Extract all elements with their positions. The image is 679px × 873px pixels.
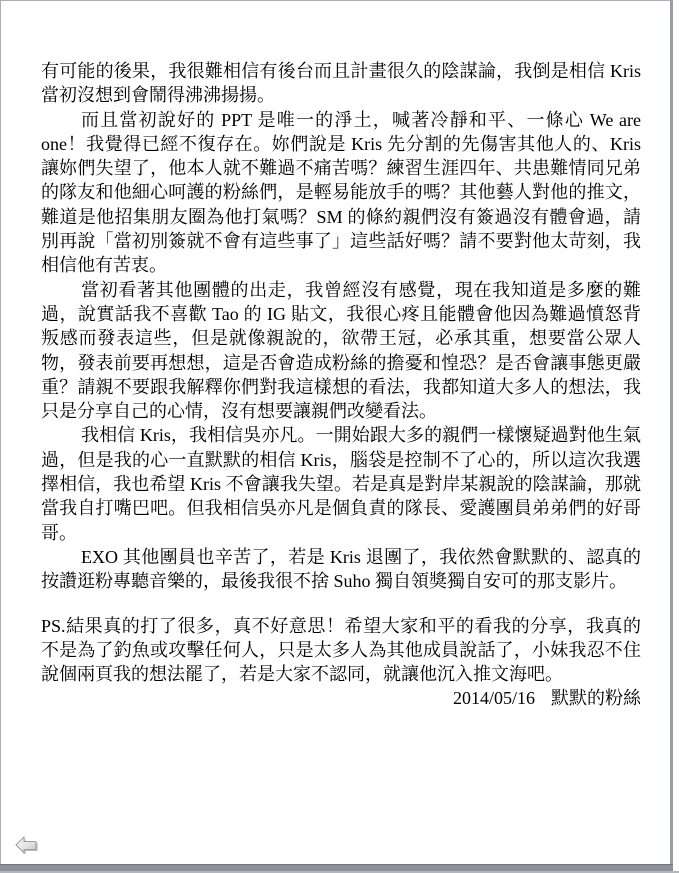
paragraph-1: 有可能的後果，我很難相信有後台而且計畫很久的陰謀論，我倒是相信 Kris 當初沒… [41, 59, 641, 108]
paragraph-3: 當初看著其他團體的出走，我曾經沒有感覺，現在我知道是多麼的難過，說實話我不喜歡 … [41, 278, 641, 424]
paragraph-2: 而且當初說好的 PPT 是唯一的淨土，喊著冷靜和平、一條心 We are one… [41, 108, 641, 278]
signature-text: 默默的粉絲 [551, 688, 641, 708]
document-content: 有可能的後果，我很難相信有後台而且計畫很久的陰謀論，我倒是相信 Kris 當初沒… [1, 1, 674, 711]
paragraph-4: 我相信 Kris，我相信吳亦凡。一開始跟大多的親們一樣懷疑過對他生氣過，但是我的… [41, 423, 641, 544]
document-page: 有可能的後果，我很難相信有後台而且計畫很久的陰謀論，我倒是相信 Kris 當初沒… [0, 0, 673, 864]
page-right-edge [670, 0, 673, 864]
paragraph-5: EXO 其他團員也辛苦了，若是 Kris 退團了，我依然會默默的、認真的按讚逛粉… [41, 545, 641, 594]
signature-line: 2014/05/16默默的粉絲 [41, 686, 641, 710]
postscript-paragraph: PS.結果真的打了很多，真不好意思！希望大家和平的看我的分享，我真的不是為了釣魚… [41, 614, 641, 687]
back-arrow-icon [13, 834, 39, 858]
page-bottom-shadow [0, 864, 673, 871]
back-button[interactable] [13, 834, 39, 858]
date-text: 2014/05/16 [453, 688, 535, 708]
